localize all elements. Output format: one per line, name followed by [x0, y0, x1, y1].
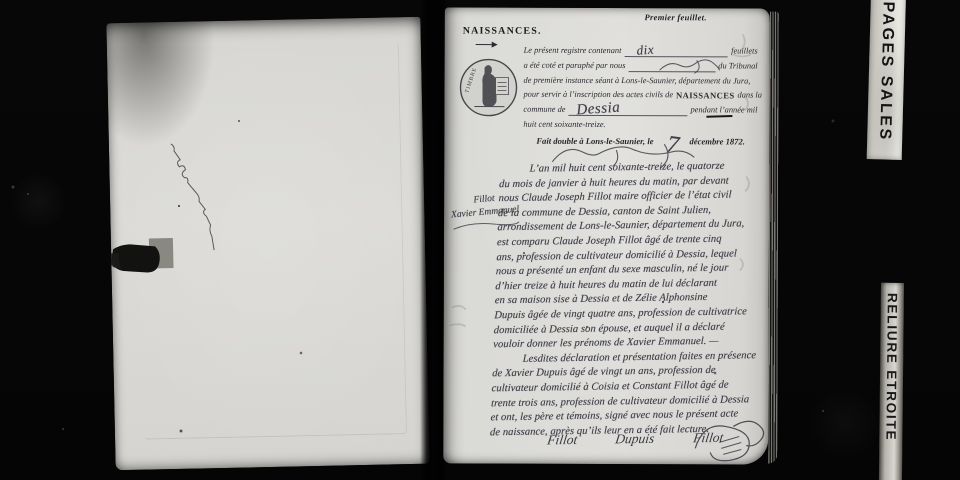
label-reliure-etroite: RELIURE ETROITE — [879, 283, 904, 480]
right-page-birth-act: Premier feuillet. NAISSANCES. TIMBRE Le … — [443, 7, 770, 464]
bleed-through-marks — [443, 7, 770, 464]
ink-blot-stain — [111, 232, 182, 283]
label-pages-sales: PAGES SALES — [867, 0, 906, 160]
paper-speckles — [0, 0, 2, 2]
label-pages-sales-text: PAGES SALES — [876, 1, 898, 142]
left-page-blank — [106, 17, 429, 470]
scanned-register-spread: Premier feuillet. NAISSANCES. TIMBRE Le … — [0, 0, 960, 480]
label-reliure-etroite-text: RELIURE ETROITE — [883, 293, 900, 442]
